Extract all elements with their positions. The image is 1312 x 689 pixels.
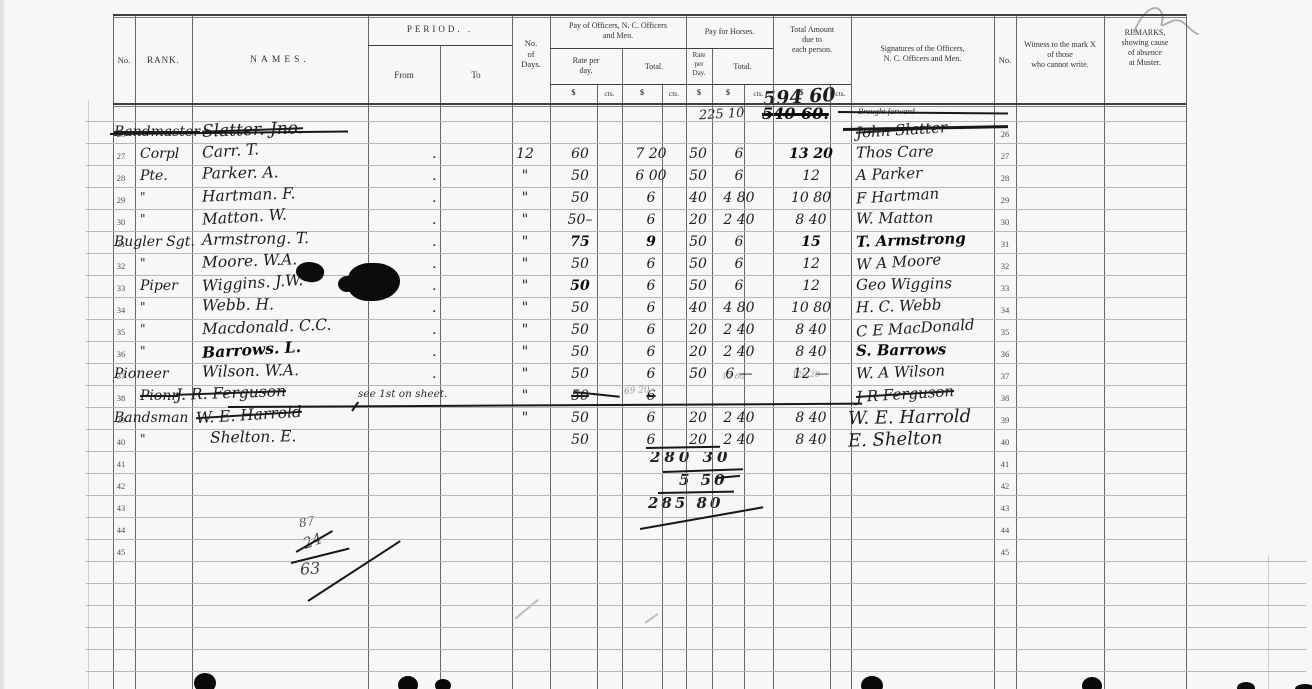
row-28-days: " bbox=[505, 169, 545, 183]
grid-hline bbox=[113, 14, 1186, 16]
row-number-right: 35 bbox=[994, 327, 1016, 337]
row-27-signature: Thos Care bbox=[856, 144, 934, 160]
row-27-htotal: 6 bbox=[710, 147, 768, 161]
col-header-horse-total: Total. bbox=[712, 62, 773, 72]
row-27-rate: 60 bbox=[555, 147, 605, 161]
row-40-total: 6 bbox=[622, 433, 680, 447]
row-number-right: 31 bbox=[994, 239, 1016, 249]
row-35-days: " bbox=[505, 323, 545, 337]
grid-rowline bbox=[86, 627, 1306, 628]
row-number-left: 27 bbox=[110, 151, 132, 161]
row-30-rate: 50– bbox=[555, 213, 605, 227]
row-29-signature: F Hartman bbox=[856, 186, 940, 206]
row-34-htotal: 4 80 bbox=[710, 301, 768, 315]
row-36-ditto-dot: . bbox=[432, 345, 436, 359]
row-30-ditto-dot: . bbox=[432, 213, 436, 227]
grid-vline bbox=[1268, 555, 1269, 689]
row-29-name: Hartman. F. bbox=[202, 186, 296, 205]
subheader-dollar: $ bbox=[622, 88, 662, 98]
pencil-scribble bbox=[1128, 0, 1204, 42]
grid-vline bbox=[1186, 14, 1187, 689]
grid-hline bbox=[113, 17, 1186, 18]
grid-vline bbox=[192, 14, 193, 689]
row-38-signature: J R Ferguson bbox=[856, 384, 955, 405]
grid-vline bbox=[773, 14, 774, 689]
row-32-total: 6 bbox=[622, 257, 680, 271]
row-36-amount: 8 40 bbox=[778, 345, 844, 359]
row-35-ditto-dot: . bbox=[432, 323, 436, 337]
grid-rowline bbox=[86, 649, 1306, 650]
row-31-rank: Bugler Sgt. bbox=[114, 235, 195, 249]
row-28-rank: Pte. bbox=[140, 169, 168, 183]
row-number-right: 34 bbox=[994, 305, 1016, 315]
grid-vline bbox=[368, 14, 369, 689]
col-header-period: PERIOD. . bbox=[368, 24, 512, 35]
col-header-rank: RANK. bbox=[135, 55, 192, 66]
col-header-witness: Witness to the mark X of those who canno… bbox=[1016, 40, 1104, 70]
row-39-amount: 8 40 bbox=[778, 411, 844, 425]
row-31-signature: T. Armstrong bbox=[856, 231, 966, 250]
row-34-days: " bbox=[505, 301, 545, 315]
row-31-amount: 15 bbox=[778, 235, 844, 249]
grid-hline bbox=[550, 84, 686, 85]
row-32-rate: 50 bbox=[555, 257, 605, 271]
subheader-dollar: $ bbox=[712, 88, 744, 98]
row-31-days: " bbox=[505, 235, 545, 249]
col-header-names: NAMES. bbox=[192, 55, 368, 67]
row-number-right: 33 bbox=[994, 283, 1016, 293]
row-36-rate: 50 bbox=[555, 345, 605, 359]
row-number-right: 36 bbox=[994, 349, 1016, 359]
row-34-ditto-dot: . bbox=[432, 301, 436, 315]
grid-rowline bbox=[86, 671, 1306, 672]
row-36-htotal: 2 40 bbox=[710, 345, 768, 359]
row-38-name: J. R. Ferguson bbox=[176, 384, 287, 403]
ink-dot bbox=[398, 676, 418, 689]
row-number-right: 38 bbox=[994, 393, 1016, 403]
pencil-slash bbox=[644, 613, 658, 624]
row-27-total: 7 20 bbox=[622, 147, 680, 161]
row-32-amount: 12 bbox=[778, 257, 844, 271]
row-28-amount: 12 bbox=[778, 169, 844, 183]
row-35-name: Macdonald. C.C. bbox=[202, 318, 332, 338]
row-38-days: " bbox=[505, 389, 545, 403]
row-30-rank: " bbox=[140, 213, 146, 225]
row-34-rate: 50 bbox=[555, 301, 605, 315]
col-header-from: From bbox=[368, 70, 440, 81]
row-number-left: 28 bbox=[110, 173, 132, 183]
row-33-days: " bbox=[505, 279, 545, 293]
row-39-rate: 50 bbox=[555, 411, 605, 425]
row-39-rank: Bandsman bbox=[114, 411, 188, 425]
row-32-days: " bbox=[505, 257, 545, 271]
row-number-left: 40 bbox=[110, 437, 132, 447]
col-header-pay-officers: Pay of Officers, N. C. Officers and Men. bbox=[550, 21, 686, 41]
col-header-rate-per-day: Rate per day. bbox=[550, 56, 622, 76]
row-39-total: 6 bbox=[622, 411, 680, 425]
row-number-left: 30 bbox=[110, 217, 132, 227]
row-39-htotal: 2 40 bbox=[710, 411, 768, 425]
calc-result: 63 bbox=[299, 560, 320, 577]
row-33-ditto-dot: . bbox=[432, 279, 436, 293]
row-30-amount: 8 40 bbox=[778, 213, 844, 227]
row-number-right: 45 bbox=[994, 547, 1016, 557]
row-36-signature: S. Barrows bbox=[856, 342, 947, 359]
row-32-signature: W A Moore bbox=[856, 252, 942, 272]
row-40-amount: 8 40 bbox=[778, 433, 844, 447]
subheader-dollar: $ bbox=[550, 88, 597, 98]
row-number-right: 40 bbox=[994, 437, 1016, 447]
row-28-signature: A Parker bbox=[856, 166, 923, 183]
grid-hline bbox=[113, 106, 1186, 107]
row-number-left: 29 bbox=[110, 195, 132, 205]
row-35-htotal: 2 40 bbox=[710, 323, 768, 337]
grid-rowline bbox=[86, 473, 1186, 474]
row-39-days: " bbox=[505, 411, 545, 425]
col-header-pay-horses: Pay for Horses. bbox=[686, 27, 773, 37]
row-40-rank: " bbox=[140, 433, 146, 445]
col-header-to: To bbox=[440, 70, 512, 81]
row-40-signature: E. Shelton bbox=[848, 429, 943, 450]
grid-rowline bbox=[86, 495, 1186, 496]
row-33-rate: 50 bbox=[555, 279, 605, 293]
row-35-rank: " bbox=[140, 323, 146, 335]
grid-rowline bbox=[86, 605, 1306, 606]
row-37-ditto-dot: . bbox=[432, 367, 436, 381]
row-29-htotal: 4 80 bbox=[710, 191, 768, 205]
row-number-left: 38 bbox=[110, 393, 132, 403]
grid-vline bbox=[135, 14, 136, 689]
grid-hline bbox=[773, 84, 851, 85]
grid-rowline bbox=[86, 583, 1306, 584]
row-37-total: 6 bbox=[622, 367, 680, 381]
row-37-rank: Pioneer bbox=[114, 367, 169, 381]
col-header-days: No. of Days. bbox=[512, 38, 550, 70]
row-27-days: 12 bbox=[505, 147, 545, 161]
row-number-left: 36 bbox=[110, 349, 132, 359]
row-37-htotal: 6 — bbox=[710, 367, 768, 381]
row-39-name: W. E. Harrold bbox=[196, 405, 303, 427]
row-37-signature: W. A Wilson bbox=[856, 363, 946, 381]
grid-hline bbox=[550, 48, 686, 49]
row-28-name: Parker. A. bbox=[202, 165, 279, 182]
col-header-horse-rate: Rate per Day. bbox=[686, 51, 712, 77]
row-31-rate: 75 bbox=[555, 235, 605, 249]
row-27-ditto-dot: . bbox=[432, 147, 436, 161]
ink-dot bbox=[1295, 684, 1312, 689]
row-number-left: 44 bbox=[110, 525, 132, 535]
row-34-signature: H. C. Webb bbox=[856, 298, 942, 316]
row-number-right: 29 bbox=[994, 195, 1016, 205]
row-34-rank: " bbox=[140, 301, 146, 313]
col-header-no2: No. bbox=[994, 55, 1016, 66]
row-30-total: 6 bbox=[622, 213, 680, 227]
muster-roll-scan: No. RANK. NAMES. PERIOD. . From To No. o… bbox=[0, 0, 1312, 689]
row-27-name: Carr. T. bbox=[202, 142, 260, 161]
row-40-rate: 50 bbox=[555, 433, 605, 447]
row-35-total: 6 bbox=[622, 323, 680, 337]
subheader-cts: cts. bbox=[662, 89, 686, 98]
row-number-left: 34 bbox=[110, 305, 132, 315]
row-39-signature: W. E. Harrold bbox=[848, 408, 971, 428]
col-header-signatures: Signatures of the Officers, N. C. Office… bbox=[851, 44, 994, 64]
row-number-right: 26 bbox=[994, 129, 1016, 139]
row-28-ditto-dot: . bbox=[432, 169, 436, 183]
subheader-dollar: $ bbox=[686, 88, 712, 98]
row-number-left: 35 bbox=[110, 327, 132, 337]
row-29-rate: 50 bbox=[555, 191, 605, 205]
row-number-right: 32 bbox=[994, 261, 1016, 271]
row-30-signature: W. Matton bbox=[856, 210, 934, 226]
ink-dot bbox=[194, 673, 216, 689]
row-number-left: 42 bbox=[110, 481, 132, 491]
grid-hline bbox=[686, 48, 773, 49]
ink-dot bbox=[861, 676, 883, 689]
row-31-total: 9 bbox=[622, 235, 680, 249]
row-32-htotal: 6 bbox=[710, 257, 768, 271]
grid-vline bbox=[88, 100, 89, 689]
row-33-amount: 12 bbox=[778, 279, 844, 293]
ink-blot bbox=[338, 276, 356, 292]
col-header-officers-total: Total. bbox=[622, 62, 686, 72]
grid-rowline bbox=[86, 539, 1186, 540]
grid-hline bbox=[113, 103, 1186, 105]
row-34-amount: 10 80 bbox=[778, 301, 844, 315]
row-32-name: Moore. W.A. bbox=[202, 252, 298, 271]
row-number-left: 33 bbox=[110, 283, 132, 293]
row-number-left: 32 bbox=[110, 261, 132, 271]
grid-vline bbox=[550, 14, 551, 689]
row-40-name: Shelton. E. bbox=[210, 429, 297, 446]
grid-rowline bbox=[86, 517, 1186, 518]
row-38-rank: Pionr bbox=[140, 389, 178, 403]
ink-dot bbox=[1082, 677, 1102, 689]
row-36-total: 6 bbox=[622, 345, 680, 359]
row-33-rank: Piper bbox=[140, 279, 178, 293]
row-29-ditto-dot: . bbox=[432, 191, 436, 205]
grid-rowline bbox=[86, 561, 1306, 562]
row-number-left: 45 bbox=[110, 547, 132, 557]
row-29-amount: 10 80 bbox=[778, 191, 844, 205]
row-36-name: Barrows. L. bbox=[202, 339, 302, 361]
row-34-total: 6 bbox=[622, 301, 680, 315]
row-number-right: 27 bbox=[994, 151, 1016, 161]
row-number-right: 39 bbox=[994, 415, 1016, 425]
ink-dot bbox=[1237, 682, 1255, 689]
col-header-no: No. bbox=[113, 55, 135, 66]
col-header-total-amount: Total Amount due to each person. bbox=[773, 25, 851, 55]
row-28-total: 6 00 bbox=[622, 169, 680, 183]
row-number-left: 43 bbox=[110, 503, 132, 513]
row-34-name: Webb. H. bbox=[202, 297, 274, 314]
row-26-signature: John Slatter bbox=[856, 120, 948, 141]
grid-vline bbox=[1104, 14, 1105, 689]
row-31-htotal: 6 bbox=[710, 235, 768, 249]
row-number-right: 44 bbox=[994, 525, 1016, 535]
row-29-days: " bbox=[505, 191, 545, 205]
row-37-name: Wilson. W.A. bbox=[202, 363, 299, 380]
row-number-right: 28 bbox=[994, 173, 1016, 183]
row-number-right: 43 bbox=[994, 503, 1016, 513]
grid-vline bbox=[851, 14, 852, 689]
row-32-rank: " bbox=[140, 257, 146, 269]
row-27-amount: 13 20 bbox=[778, 147, 844, 161]
row-number-right: 37 bbox=[994, 371, 1016, 381]
pencil-slash bbox=[514, 599, 538, 620]
row-33-name: Wiggins. J.W. bbox=[202, 273, 304, 295]
row-33-signature: Geo Wiggins bbox=[856, 276, 952, 293]
grid-hline bbox=[368, 45, 512, 46]
row-31-name: Armstrong. T. bbox=[202, 231, 309, 248]
row-31-ditto-dot: . bbox=[432, 235, 436, 249]
row-35-amount: 8 40 bbox=[778, 323, 844, 337]
row-33-htotal: 6 bbox=[710, 279, 768, 293]
row-30-name: Matton. W. bbox=[202, 207, 288, 228]
ink-dot bbox=[435, 679, 451, 689]
row-33-total: 6 bbox=[622, 279, 680, 293]
row-number-left: 41 bbox=[110, 459, 132, 469]
row-number-right: 41 bbox=[994, 459, 1016, 469]
row-37-days: " bbox=[505, 367, 545, 381]
row-29-rank: " bbox=[140, 191, 146, 203]
row-number-right: 30 bbox=[994, 217, 1016, 227]
row-38-note: see 1st on sheet. bbox=[358, 389, 447, 400]
row-37-amount: 12 — bbox=[778, 367, 844, 381]
row-30-htotal: 2 40 bbox=[710, 213, 768, 227]
grid-hline bbox=[686, 84, 773, 85]
row-35-signature: C E MacDonald bbox=[856, 317, 975, 339]
row-27-rank: Corpl bbox=[140, 147, 179, 161]
row-36-rank: " bbox=[140, 345, 146, 357]
row-28-rate: 50 bbox=[555, 169, 605, 183]
grid-vline bbox=[1016, 14, 1017, 689]
grid-rowline bbox=[86, 451, 1186, 452]
strike-line bbox=[307, 540, 400, 602]
subheader-cts: cts. bbox=[597, 89, 622, 98]
row-36-days: " bbox=[505, 345, 545, 359]
row-38-total: 6 bbox=[622, 389, 680, 403]
row-28-htotal: 6 bbox=[710, 169, 768, 183]
row-37-rate: 50 bbox=[555, 367, 605, 381]
row-35-rate: 50 bbox=[555, 323, 605, 337]
row-number-right: 42 bbox=[994, 481, 1016, 491]
row-32-ditto-dot: . bbox=[432, 257, 436, 271]
carry-horses-pencil-note: 225 10 bbox=[699, 107, 745, 123]
row-29-total: 6 bbox=[622, 191, 680, 205]
row-30-days: " bbox=[505, 213, 545, 227]
